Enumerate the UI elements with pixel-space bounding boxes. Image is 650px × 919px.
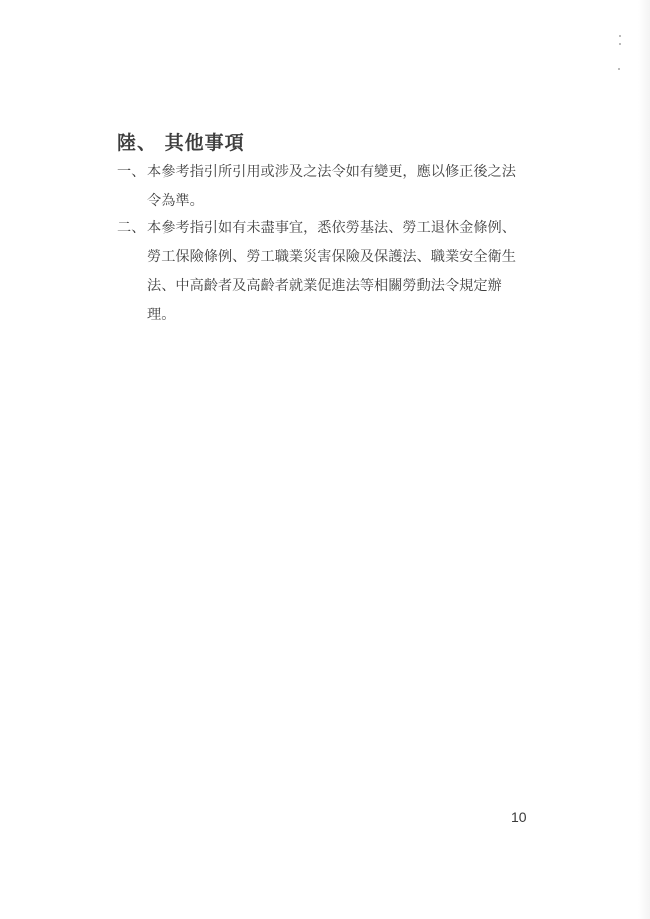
scan-speck bbox=[618, 68, 620, 70]
item-number: 一、 bbox=[117, 158, 147, 187]
list-item: 二、 本參考指引如有未盡事宜，悉依勞基法、勞工退休金條例、勞工保險條例、勞工職業… bbox=[117, 214, 527, 330]
scanned-page-edge bbox=[638, 0, 650, 919]
item-text: 本參考指引所引用或涉及之法令如有變更，應以修正後之法令為準。 bbox=[147, 158, 527, 216]
scan-speck bbox=[619, 43, 621, 45]
scan-speck bbox=[619, 35, 621, 37]
item-number: 二、 bbox=[117, 214, 147, 243]
section-heading: 陸、 其他事項 bbox=[117, 128, 245, 155]
item-text: 本參考指引如有未盡事宜，悉依勞基法、勞工退休金條例、勞工保險條例、勞工職業災害保… bbox=[147, 214, 527, 330]
list-item: 一、 本參考指引所引用或涉及之法令如有變更，應以修正後之法令為準。 bbox=[117, 158, 527, 216]
page-number: 10 bbox=[511, 809, 527, 825]
